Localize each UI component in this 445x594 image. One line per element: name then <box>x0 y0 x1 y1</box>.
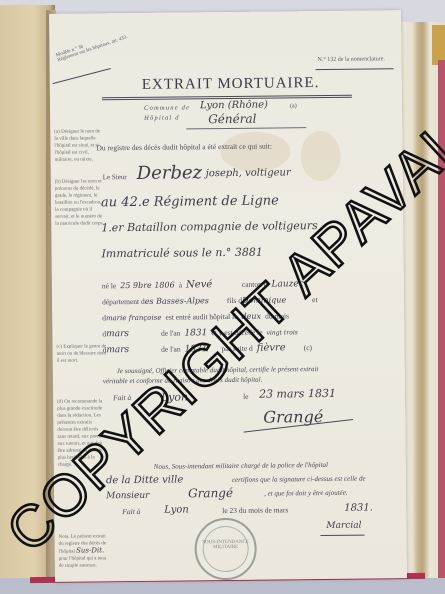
hopital-value: Général <box>208 112 256 127</box>
death-cause: fièvre <box>257 342 286 353</box>
deceased-surname: Derbez <box>137 162 203 184</box>
died-text: et y est décédé le <box>211 328 262 338</box>
canton-label: canton d <box>242 280 268 289</box>
margin-note-e: Nota. Le présent extrait du registre des… <box>58 533 108 570</box>
hopital-rule <box>186 127 306 129</box>
entered-text: est entré audit hôpital le <box>165 312 237 322</box>
certification-fait-label: Fait à <box>113 393 131 402</box>
model-header: Modèle n.° 38 Règlement sur les hôpitaux… <box>55 30 128 63</box>
intendant-text-2: certifions que la signature ci-dessus es… <box>232 475 366 484</box>
commune-note: (a) <box>290 103 297 109</box>
commune-value: Lyon (Rhône) <box>200 100 268 112</box>
document-page: Modèle n.° 38 Règlement sur les hôpitaux… <box>49 10 407 582</box>
nomenclature-number: N.° 132 de la nomenclature. <box>318 56 385 63</box>
cause-note: (c) <box>304 343 312 352</box>
et-label: et <box>312 295 318 304</box>
entered-month: mars <box>106 329 129 339</box>
born-at-label: à <box>179 280 182 289</box>
intendant-text-3: , et que foi doit y être ajoutée. <box>264 489 348 498</box>
sieur-label: Le Sieur <box>103 173 127 181</box>
monsieur-label: Monsieur <box>106 491 149 501</box>
born-place: Nevé <box>186 279 212 290</box>
commune-label: Commune de <box>144 104 190 111</box>
entered-day: deux <box>241 312 261 321</box>
regiment-line: au 42.e Régiment de Ligne <box>101 193 279 210</box>
du-mois-label: du mois <box>265 311 289 320</box>
certification-date-prefix: le <box>243 392 249 401</box>
born-label: né le <box>102 281 116 290</box>
certification-date: 23 mars 1831 <box>259 387 336 401</box>
certification-text-2: véritable et conforme au registre des dé… <box>103 376 263 386</box>
deceased-given-name: joseph, voltigeur <box>206 167 291 179</box>
hopital-label: Hôpital d <box>144 114 180 121</box>
mother-name: marie françoise <box>106 314 162 323</box>
cover-edge <box>438 60 445 580</box>
margin-note-c: (c) Expliquer le genre de mort ou de ble… <box>56 343 106 365</box>
battalion-line: 1.er Bataillon compagnie de voltigeurs <box>101 219 318 234</box>
matricule-line: Immatriculé sous le n.° 3881 <box>101 246 262 261</box>
canton-value: Lauzec <box>271 279 303 289</box>
father-name: Dominique <box>242 295 286 304</box>
intendant-date: le 23 du mois de mars <box>222 505 288 515</box>
died-month-line: dmars de l'an 1831 par suite d fièvre (c… <box>102 337 312 357</box>
fils-label: fils d <box>227 296 242 305</box>
official-seal: SOUS-INTENDANCE MILITAIRE <box>194 518 257 581</box>
margin-note-e-text2: pour l'hôpital qui a tenu de simple anne… <box>59 556 107 568</box>
margin-note-d: (d) On recommande la plus grande exactit… <box>57 398 108 469</box>
seal-text: SOUS-INTENDANCE MILITAIRE <box>197 540 255 551</box>
certification-place: Lyon <box>161 390 188 403</box>
intendant-fait-label: Fait à <box>122 507 140 516</box>
intendant-place: de la Ditte ville <box>106 474 183 486</box>
died-day: vingt trois <box>267 329 298 336</box>
intendant-signature: Marcial <box>326 521 361 531</box>
paper-stain <box>300 131 341 181</box>
margin-note-b: (b) Désigner les nom et prénoms du décéd… <box>55 178 106 228</box>
page-corner <box>432 25 445 65</box>
departement-value: es Basses-Alpes <box>145 296 209 306</box>
intendant-place-2: Lyon <box>164 504 189 515</box>
monsieur-value: Grangé <box>188 486 233 500</box>
de-lan-label-2: de l'an <box>161 344 181 353</box>
died-month: mars <box>106 345 129 355</box>
paper-stain <box>220 131 290 172</box>
intro-text: Du registre des décès dudit hôpital a ét… <box>96 142 272 153</box>
intendant-year: 1831. <box>344 502 373 513</box>
departement-label: département d <box>102 297 145 306</box>
entered-year: 1831 <box>184 328 207 338</box>
intendant-signature-underline <box>321 535 365 536</box>
document-title: EXTRAIT MORTUAIRE. <box>142 75 320 94</box>
died-year: 1831 <box>185 344 208 354</box>
margin-note-e-hand: Sus-Dit. <box>76 546 104 554</box>
certification-text-1: Je soussigné, Officier comptable dudit h… <box>117 365 319 375</box>
header-underline <box>53 68 111 84</box>
born-date: 25 9bre 1806 <box>120 281 174 291</box>
intendant-text-1: Nous, Sous-intendant militaire chargé de… <box>154 461 328 471</box>
par-suite-label: par suite d <box>221 344 252 353</box>
de-lan-label: de l'an <box>161 329 181 338</box>
nomenclature-underline <box>316 68 394 70</box>
